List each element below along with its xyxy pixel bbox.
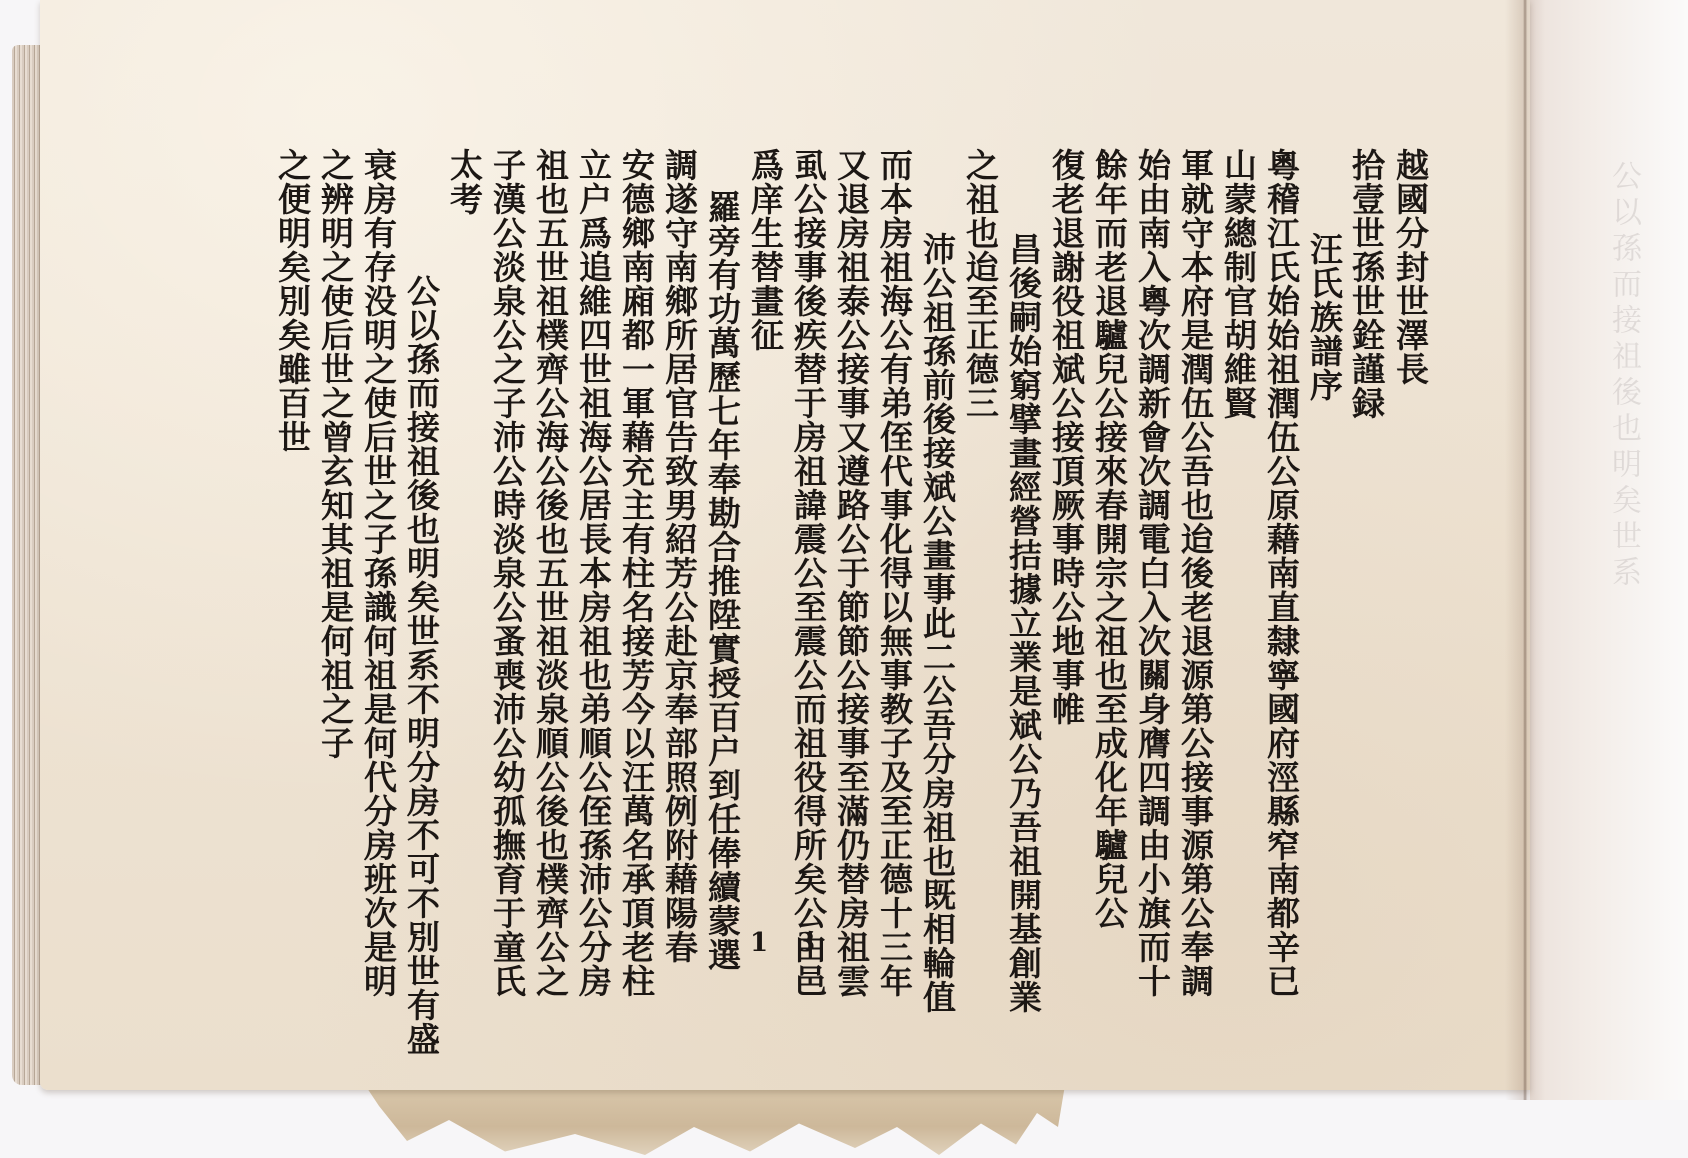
column-text: 越國分封世澤長 (1391, 148, 1430, 386)
text-column: 越國分封世澤長 (1390, 148, 1430, 386)
text-column: 子漢公淡泉公之子沛公時淡泉公蚤喪沛公幼孤撫育于童氏 (487, 148, 527, 998)
column-text: 俸續蒙選 (703, 836, 742, 972)
column-text: 子漢公淡泉公之子沛公時淡泉公蚤喪沛公幼孤撫育于童氏 (488, 148, 527, 998)
column-text: 山蒙總制官胡維賢 (1219, 148, 1258, 420)
column-text: 復老退謝役祖斌公接頂厥事時公地事帷 (1047, 148, 1086, 726)
text-column: 立户爲追維四世祖海公居長本房祖也弟順公侄孫沛公分房 (573, 148, 613, 998)
column-text: 之祖也迨至正德三 (961, 148, 1000, 420)
text-column: 虱公接事後疾替于房祖諱震公至震公而祖役得所矣公由邑 (788, 148, 828, 998)
column-text: 之辨明之使后世之曾玄知其祖是何祖之子 (316, 148, 355, 760)
column-text: 粵稽江氏始始祖潤伍公原藉南直隸寧國府涇縣窄南都辛已 (1262, 148, 1301, 998)
text-column: 而本房祖海公有弟侄代事化得以無事教子及至正德十三年 (874, 148, 914, 998)
column-text: 衰房有存没明之使后世之子孫識何祖是何代分房班次是明 (359, 148, 398, 998)
column-text: 祖也五世祖樸齊公海公後也五世祖淡泉順公後也樸齊公之 (531, 148, 570, 998)
text-column: 之便明矣別矣雖百世 (272, 148, 312, 454)
text-column: 軍就守本府是潤伍公吾也迨後老退源第公接事源第公奉調 (1175, 148, 1215, 998)
torn-page-flap (365, 1085, 1065, 1155)
column-text: 羅旁有功萬歷七年奉勘合推陞實授百户到任 (703, 190, 742, 836)
column-text: 調遂守 (660, 148, 699, 250)
column-text: 軍就守本府是潤伍公吾也迨後老退源第公接事源第公奉調 (1176, 148, 1215, 998)
column-text: 汪氏族譜序 (1305, 232, 1344, 402)
text-column: 公以孫而接祖後也明矣世系不明分房不可不別世有盛 (401, 148, 441, 1056)
column-text: 又退房祖泰公接事又遵路公于節節公接事至滿仍替房祖雲 (832, 148, 871, 998)
text-column: 安德鄉南廂都一軍藉充主有柱名接芳今以汪萬名承頂老柱 (616, 148, 656, 998)
text-column: 餘年而老退驢兒公接來春開宗之祖也至成化年驢兒公 (1089, 148, 1129, 930)
column-text: 而本房祖海公有弟侄代事化得以無事教子及至正德十三年 (875, 148, 914, 998)
column-text: 公以孫而接祖後也明矣世系不明分房不可不別世有盛 (402, 274, 441, 1056)
column-text: 沛公祖孫前後接斌公畫事此二公吾分房祖也既相輪值 (918, 232, 957, 1014)
text-column: 之辨明之使后世之曾玄知其祖是何祖之子 (315, 148, 355, 760)
text-column: 羅旁有功萬歷七年奉勘合推陞實授百户到任俸續蒙選 (702, 148, 742, 972)
column-text: 之便明矣別矣雖百世 (273, 148, 312, 454)
text-column: 衰房有存没明之使后世之子孫識何祖是何代分房班次是明 (358, 148, 398, 998)
book-gutter (1505, 0, 1545, 1100)
column-text: 立户爲追維四世祖海公居長本房祖也弟順公侄孫沛公分房 (574, 148, 613, 998)
text-column: 沛公祖孫前後接斌公畫事此二公吾分房祖也既相輪值 (917, 148, 957, 1014)
text-column: 山蒙總制官胡維賢 (1218, 148, 1258, 420)
text-column: 汪氏族譜序 (1304, 148, 1344, 402)
text-column: 之祖也迨至正德三 (960, 148, 1000, 420)
column-text: 年驢兒公 (1090, 794, 1129, 930)
text-column: 昌後嗣始窮擘畫經營拮據立業是斌公乃吾祖開基創業 (1003, 148, 1043, 1014)
text-column: 始由南入粵次調新會次調電白入次關身膺四調由小旗而十 (1132, 148, 1172, 998)
text-column: 又退房祖泰公接事又遵路公于節節公接事至滿仍替房祖雲 (831, 148, 871, 998)
page-number: 1 3 (750, 928, 825, 958)
column-text: 太考 (445, 148, 484, 216)
column-text: 南鄉所居官告致男紹芳公赴京奉部照例附藉陽春 (660, 250, 699, 964)
column-text: 始由南入粵次調新會次調電白入次關身膺四調由小旗而十 (1133, 148, 1172, 998)
column-text: 昌後嗣始窮擘畫經營拮據立業是斌公乃吾祖開基創業 (1004, 232, 1043, 1014)
scanned-book-spread: 公以孫而接祖後也明矣世系 越國分封世澤長拾壹世孫世銓謹録汪氏族譜序粵稽江氏始始祖… (0, 0, 1688, 1158)
column-text: 安德鄉南廂都一軍藉充主有柱名接芳今以汪萬名承頂老柱 (617, 148, 656, 998)
text-column: 爲庠生替畫征 (745, 148, 785, 352)
text-column: 粵稽江氏始始祖潤伍公原藉南直隸寧國府涇縣窄南都辛已 (1261, 148, 1301, 998)
text-column: 復老退謝役祖斌公接頂厥事時公地事帷 (1046, 148, 1086, 726)
column-text: 爲庠生替畫征 (746, 148, 785, 352)
column-text: 拾壹世孫世銓謹録 (1347, 148, 1386, 420)
column-text: 餘年而老退驢兒公接來春開宗之祖也至成化 (1090, 148, 1129, 794)
text-column: 祖也五世祖樸齊公海公後也五世祖淡泉順公後也樸齊公之 (530, 148, 570, 998)
column-text: 虱公接事後疾替于房祖諱震公至震公而祖役得所矣公由邑 (789, 148, 828, 998)
text-column: 太考 (444, 148, 484, 216)
bleed-through-text: 公以孫而接祖後也明矣世系 (1605, 160, 1645, 980)
text-column: 調遂守南鄉所居官告致男紹芳公赴京奉部照例附藉陽春 (659, 148, 699, 964)
text-column: 拾壹世孫世銓謹録 (1346, 148, 1386, 420)
